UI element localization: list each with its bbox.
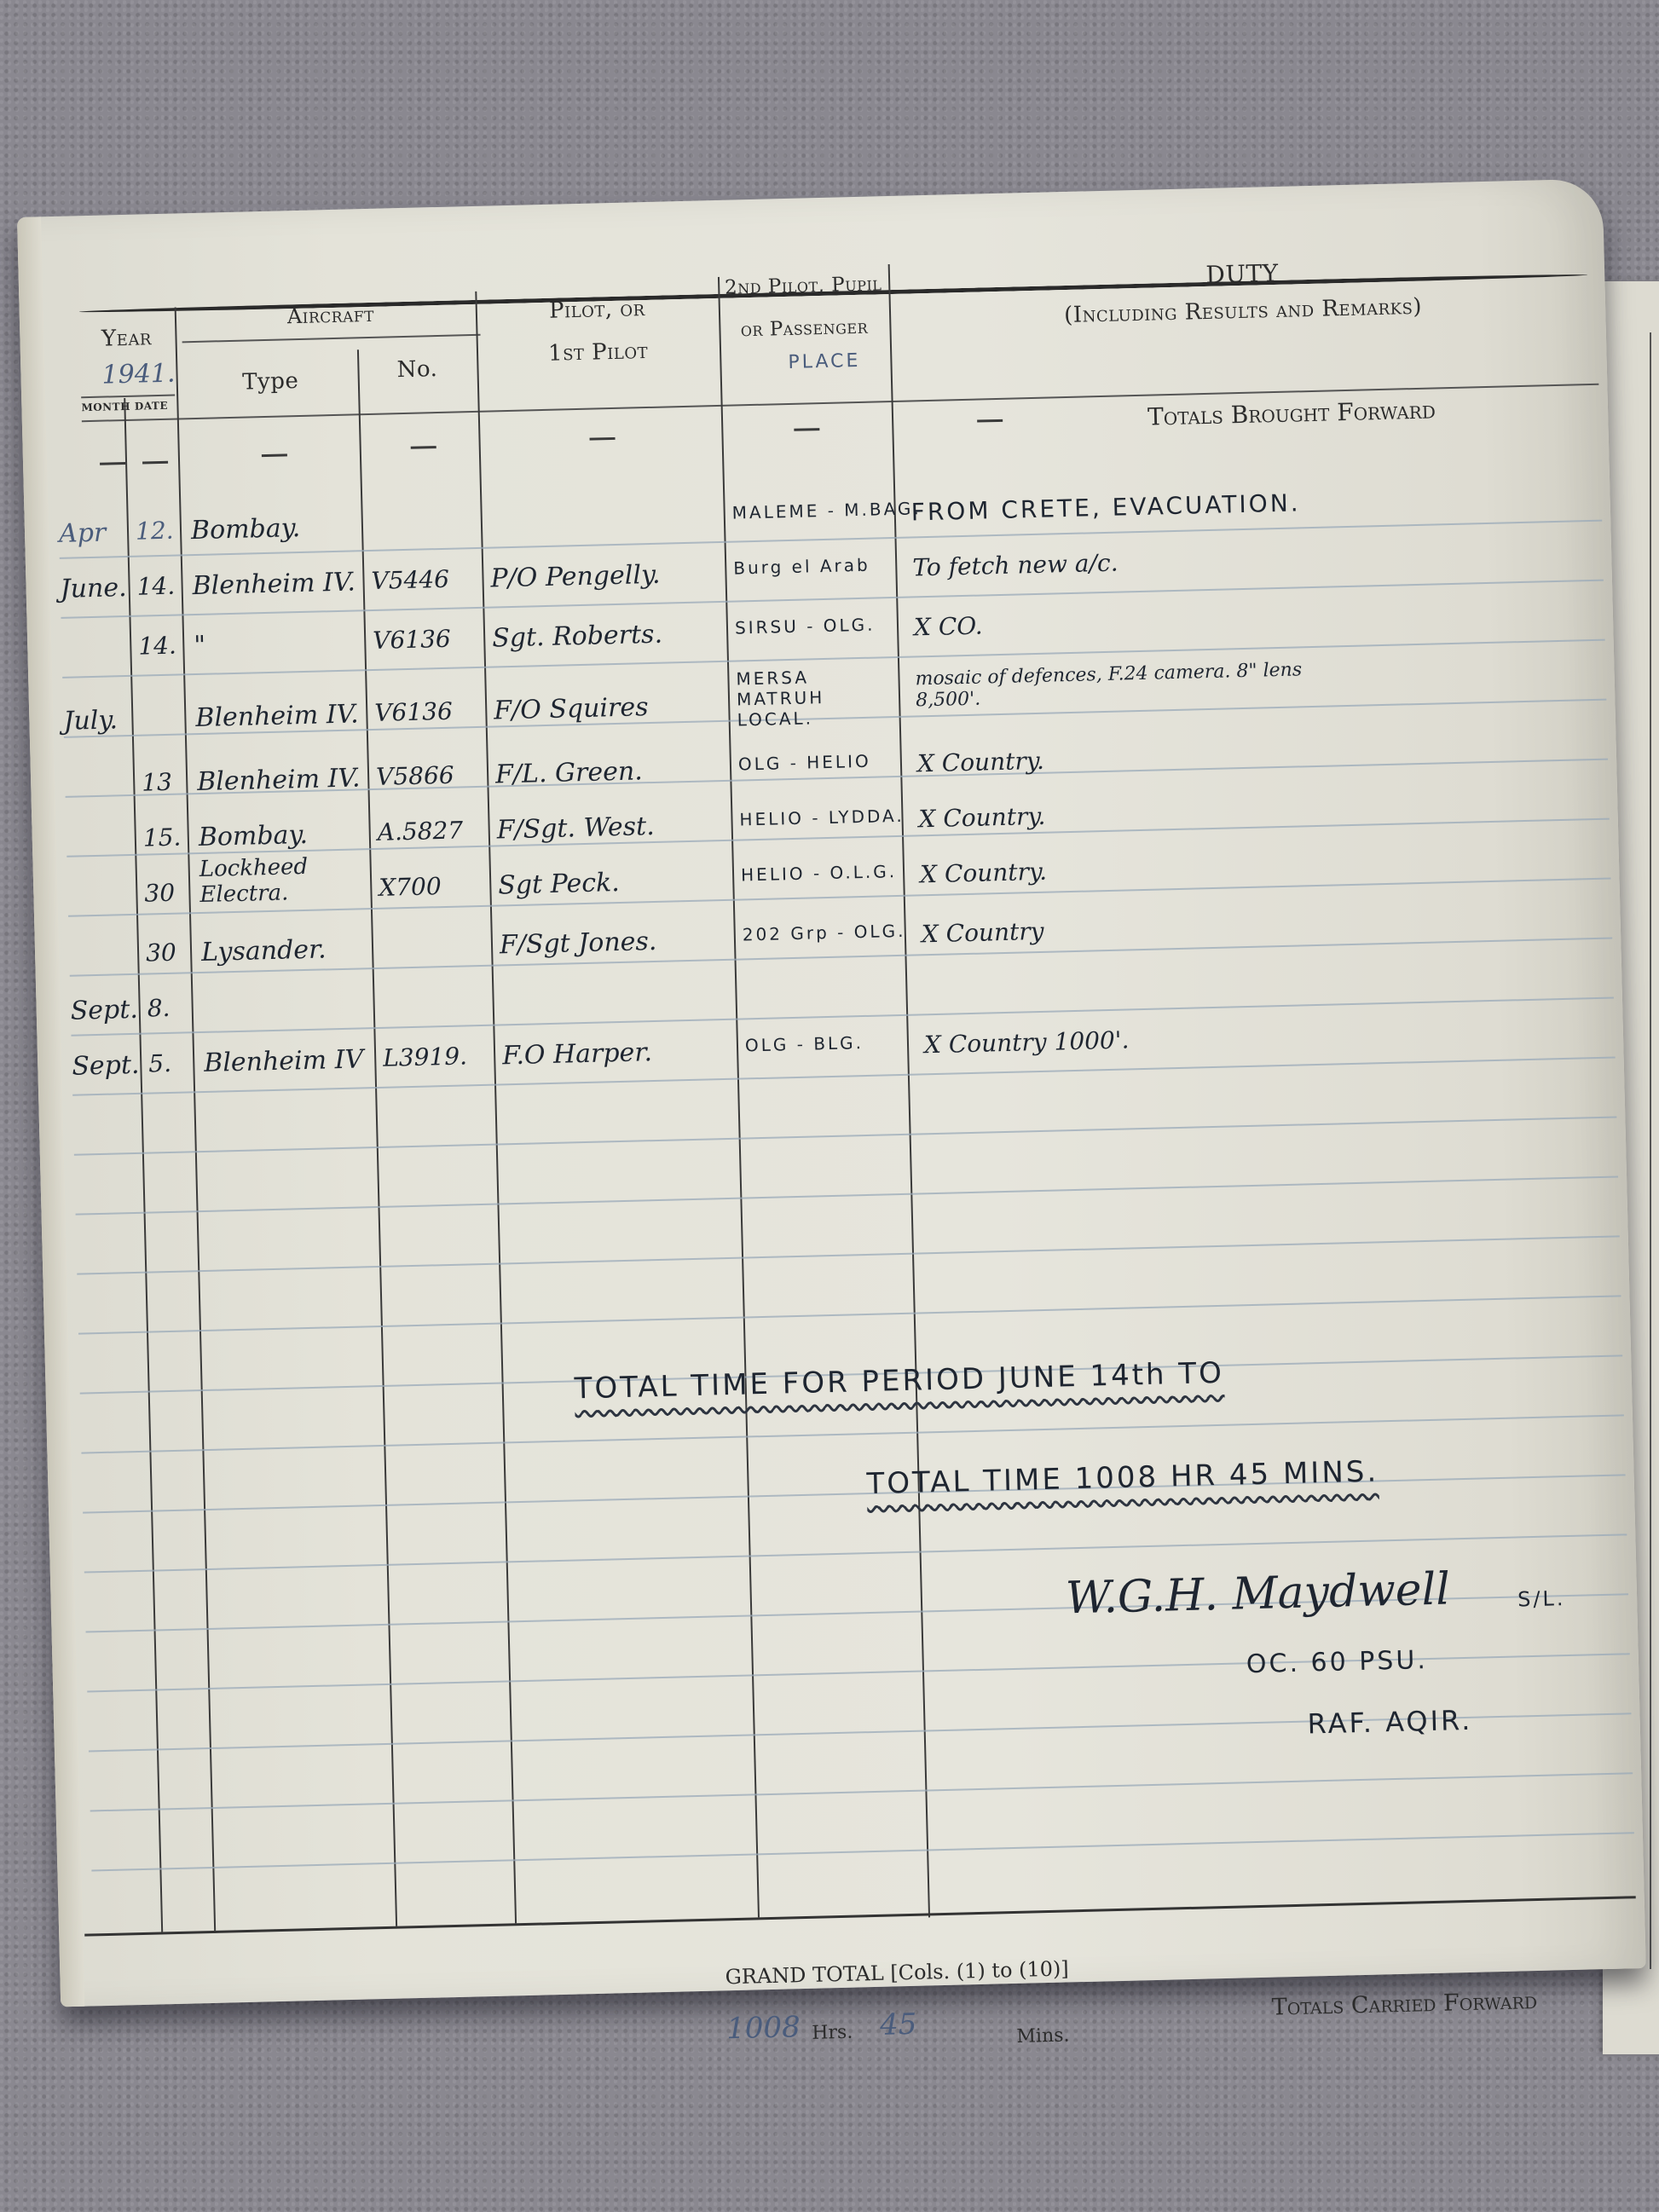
- entry-duty: mosaic of defences, F.24 camera. 8" lens…: [915, 658, 1342, 711]
- entry-duty: X Country.: [920, 858, 1048, 889]
- ruled-line: [90, 1772, 1633, 1811]
- year-divider: [81, 395, 175, 399]
- signature: W.G.H. Maydwell: [1065, 1563, 1450, 1624]
- totals-carried-forward: Totals Carried Forward: [1271, 1988, 1537, 2021]
- entry-duty: To fetch new a/c.: [912, 549, 1119, 582]
- entry-type: Blenheim IV.: [192, 567, 355, 601]
- entry-date: 14.: [136, 572, 175, 601]
- entry-no: V5866: [376, 761, 454, 791]
- entry-date: 13: [142, 768, 172, 797]
- entry-duty: X Country: [921, 917, 1043, 948]
- year-value: 1941.: [101, 359, 176, 390]
- second-pilot-header-line1: 2nd Pilot, Pupil: [718, 273, 889, 299]
- second-pilot-header-line2: or Passenger: [719, 315, 890, 342]
- entry-date: 8.: [147, 994, 171, 1023]
- entry-month: Apr: [59, 518, 107, 549]
- entry-month: June.: [60, 573, 127, 604]
- entry-no: A.5827: [377, 816, 463, 846]
- entry-place: OLG - BLG.: [745, 1032, 864, 1055]
- entry-date: 30: [146, 939, 176, 967]
- entry-type: Bombay.: [191, 513, 301, 546]
- entry-place: Burg el Arab: [733, 555, 870, 579]
- grand-total-hours: 1008: [726, 2010, 801, 2046]
- entry-no: X700: [379, 872, 442, 902]
- type-header: Type: [182, 367, 358, 396]
- entry-place: MALEME - M.BAG.: [731, 498, 922, 523]
- ruled-line: [71, 997, 1614, 1037]
- entry-pilot: F/O Squires: [494, 692, 649, 725]
- entry-no: V6136: [373, 625, 451, 655]
- entry-place: HELIO - LYDDA.: [739, 806, 905, 830]
- ruled-line: [78, 1295, 1621, 1334]
- entry-duty: X Country.: [917, 747, 1045, 778]
- entry-pilot: F/L. Green.: [495, 756, 643, 789]
- entry-pilot: P/O Pengelly.: [490, 560, 661, 594]
- pilot-place-rule: [718, 277, 760, 1917]
- entry-date: 15.: [142, 823, 181, 852]
- signature-role: OC. 60 PSU.: [1246, 1645, 1428, 1679]
- log-entries: Apr12.Bombay.MALEME - M.BAG.FROM CRETE, …: [17, 179, 1602, 217]
- signature-rank: S/L.: [1517, 1586, 1566, 1611]
- grand-total-mins: 45: [880, 2007, 917, 2042]
- no-pilot-rule: [475, 292, 517, 1923]
- pilot-header-line1: Pilot, or: [476, 294, 720, 326]
- dash-mark: [794, 428, 819, 431]
- table-bottom-rule: [84, 1896, 1636, 1936]
- entry-type: Blenheim IV.: [197, 763, 361, 797]
- entry-type: Blenheim IV.: [195, 699, 359, 733]
- aircraft-header: Aircraft: [182, 300, 481, 332]
- entry-duty: X Country 1000'.: [924, 1025, 1130, 1059]
- entry-pilot: Sgt. Roberts.: [492, 620, 663, 654]
- entry-duty: X CO.: [914, 611, 983, 641]
- entry-place: MERSA MATRUH LOCAL.: [736, 665, 891, 730]
- entry-pilot: F.O Harper.: [502, 1037, 653, 1071]
- dash-mark: [977, 419, 1003, 423]
- ruled-line: [77, 1235, 1620, 1274]
- dash-mark: [411, 446, 436, 449]
- entry-type: Bombay.: [198, 820, 308, 852]
- entry-pilot: Sgt Peck.: [498, 868, 620, 900]
- month-date-rule: [124, 398, 163, 1932]
- entry-type: ": [194, 631, 206, 661]
- duty-subheader: (Including Results and Remarks): [889, 290, 1597, 332]
- entry-month: Sept.: [70, 995, 138, 1026]
- ruled-line: [91, 1832, 1634, 1871]
- month-header: MONTH: [81, 401, 124, 413]
- entry-pilot: F/Sgt Jones.: [500, 927, 657, 960]
- entry-date: 14.: [138, 632, 176, 661]
- entry-date: 12.: [136, 517, 174, 546]
- entry-date: 5.: [148, 1049, 172, 1078]
- entry-type: Lockheed Electra.: [199, 853, 353, 908]
- entry-no: L3919.: [383, 1042, 468, 1071]
- entry-date: 30: [144, 879, 175, 908]
- entry-place: 202 Grp - OLG.: [743, 921, 906, 945]
- dash-mark: [262, 453, 287, 457]
- entry-type: Blenheim IV: [204, 1044, 364, 1078]
- page-spine: [17, 217, 84, 2007]
- entry-no: V6136: [374, 697, 453, 727]
- pilot-header-line2: 1st Pilot: [477, 337, 720, 368]
- dash-mark: [142, 461, 168, 465]
- period-total-line: TOTAL TIME FOR PERIOD JUNE 14th TO: [574, 1356, 1224, 1406]
- duty-header: DUTY: [888, 251, 1597, 297]
- ruled-line: [81, 1414, 1624, 1453]
- ruled-line: [76, 1175, 1619, 1215]
- hours-label: Hrs.: [812, 2022, 853, 2044]
- grand-total-label: GRAND TOTAL [Cols. (1) to (10)]: [725, 1956, 1069, 1989]
- mins-label: Mins.: [1016, 2024, 1070, 2047]
- entry-place: SIRSU - OLG.: [735, 615, 876, 638]
- entry-place: OLG - HELIO: [738, 751, 871, 775]
- entry-duty: FROM CRETE, EVACUATION.: [910, 488, 1301, 526]
- logbook-page: Year 1941. MONTH DATE Aircraft Type No. …: [17, 179, 1646, 2007]
- place-annotation: PLACE: [788, 350, 861, 373]
- dash-mark: [590, 437, 616, 441]
- ruled-line: [74, 1116, 1617, 1155]
- entry-place: HELIO - O.L.G.: [741, 861, 898, 885]
- entry-pilot: F/Sgt. West.: [496, 811, 655, 846]
- date-header: DATE: [125, 399, 176, 412]
- dash-mark: [100, 462, 125, 465]
- year-header: Year: [79, 325, 174, 353]
- entry-duty: X Country.: [918, 802, 1046, 834]
- ruled-line: [83, 1474, 1626, 1513]
- entry-month: July.: [63, 705, 118, 736]
- entry-month: Sept.: [72, 1050, 140, 1082]
- signature-unit: RAF. AQIR.: [1307, 1704, 1473, 1741]
- total-time-line: TOTAL TIME 1008 HR 45 MINS.: [866, 1454, 1379, 1501]
- entry-type: Lysander.: [201, 934, 327, 967]
- entry-no: V5446: [371, 565, 449, 595]
- no-header: No.: [357, 355, 477, 384]
- aircraft-divider: [182, 334, 481, 344]
- totals-brought-forward: Totals Brought Forward: [1147, 396, 1436, 430]
